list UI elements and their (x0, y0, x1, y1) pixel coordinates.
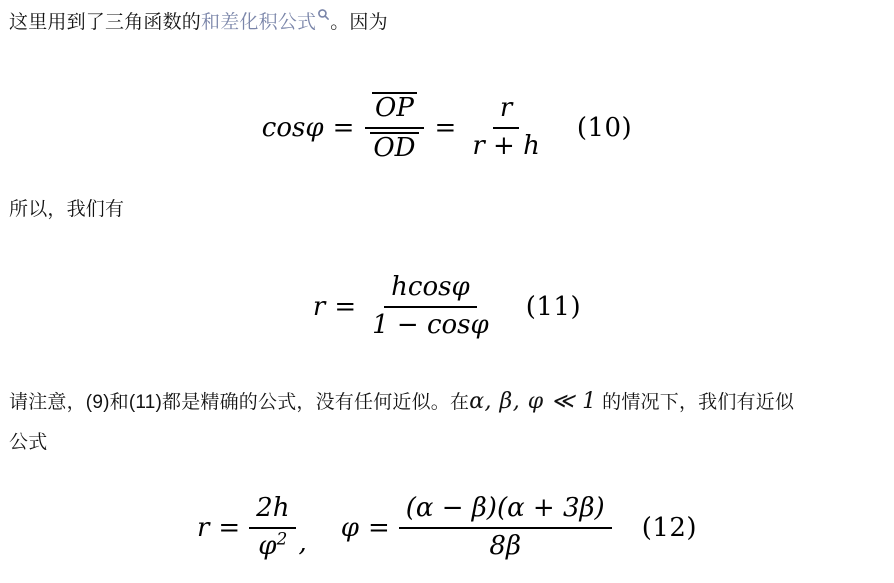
eq10-num-overline-OP: OP (372, 92, 417, 122)
equation-10-math: cosφ = OP OD = r r + h (10) (262, 91, 632, 165)
eq12-lhs-phi: φ (341, 513, 359, 543)
link-label: 和差化积公式 (201, 12, 316, 33)
eq10-den-r-plus-h: r + h (465, 129, 547, 163)
eq12-lhs-r: r (197, 513, 209, 543)
eq10-den-overline-OD: OD (370, 132, 418, 162)
eq12-den-8beta: 8β (482, 529, 528, 563)
equation-number-10: (10) (577, 113, 632, 143)
inline-math-alpha-beta-phi: α, β, φ ≪ 1 (469, 389, 596, 414)
eq12-num-alpha-beta: (α − β)(α + 3β) (399, 493, 612, 529)
eq12-comma: , (298, 528, 306, 558)
eq11-lhs: r (313, 292, 325, 322)
eq12-fraction-1: 2h φ2 (249, 493, 296, 563)
eq12-equals-2: = (368, 513, 390, 543)
eq12-fraction-2: (α − β)(α + 3β) 8β (399, 493, 612, 563)
link-sum-to-product-formula[interactable]: 和差化积公式 (201, 12, 330, 33)
equation-12-math: r = 2h φ2 , φ = (α − β)(α + 3β) 8β (12) (197, 493, 697, 563)
eq11-den: 1 − cosφ (365, 308, 496, 342)
eq10-lhs: cosφ (262, 113, 324, 143)
eq10-fraction-1: OP OD (363, 91, 425, 165)
search-icon (317, 8, 330, 21)
paragraph-intro: 这里用到了三角函数的和差化积公式。因为 (9, 8, 886, 37)
eq12-equals-1: = (218, 513, 240, 543)
equation-12: r = 2h φ2 , φ = (α − β)(α + 3β) 8β (12) (0, 486, 894, 570)
article-page: 这里用到了三角函数的和差化积公式。因为 cosφ = OP OD = r r +… (0, 0, 894, 583)
equation-10: cosφ = OP OD = r r + h (10) (0, 84, 894, 172)
paragraph-note: 请注意，(9)和(11)都是精确的公式，没有任何近似。在α, β, φ ≪ 1 … (9, 382, 886, 463)
note-text-1: 请注意，(9)和(11)都是精确的公式，没有任何近似。在 (9, 392, 469, 413)
equation-11-math: r = hcosφ 1 − cosφ (11) (313, 272, 581, 342)
eq12-den-phi-squared: φ2 (251, 529, 294, 563)
eq12-num-2h: 2h (249, 493, 296, 529)
eq11-fraction: hcosφ 1 − cosφ (365, 272, 496, 342)
eq10-num-r: r (493, 93, 519, 129)
note-text-3: 公式 (9, 432, 47, 453)
note-text-2: 的情况下，我们有近似 (597, 392, 794, 413)
paragraph-so-we-have: 所以，我们有 (9, 196, 886, 224)
intro-text-prefix: 这里用到了三角函数的 (9, 12, 201, 33)
eq10-fraction-2: r r + h (465, 93, 547, 163)
eq11-equals: = (334, 292, 356, 322)
equation-11: r = hcosφ 1 − cosφ (11) (0, 267, 894, 347)
eq10-equals-1: = (333, 113, 355, 143)
eq10-equals-2: = (435, 113, 457, 143)
eq11-num: hcosφ (384, 272, 477, 308)
equation-number-11: (11) (526, 292, 581, 322)
equation-number-12: (12) (642, 513, 697, 543)
intro-text-suffix: 。因为 (330, 12, 388, 33)
